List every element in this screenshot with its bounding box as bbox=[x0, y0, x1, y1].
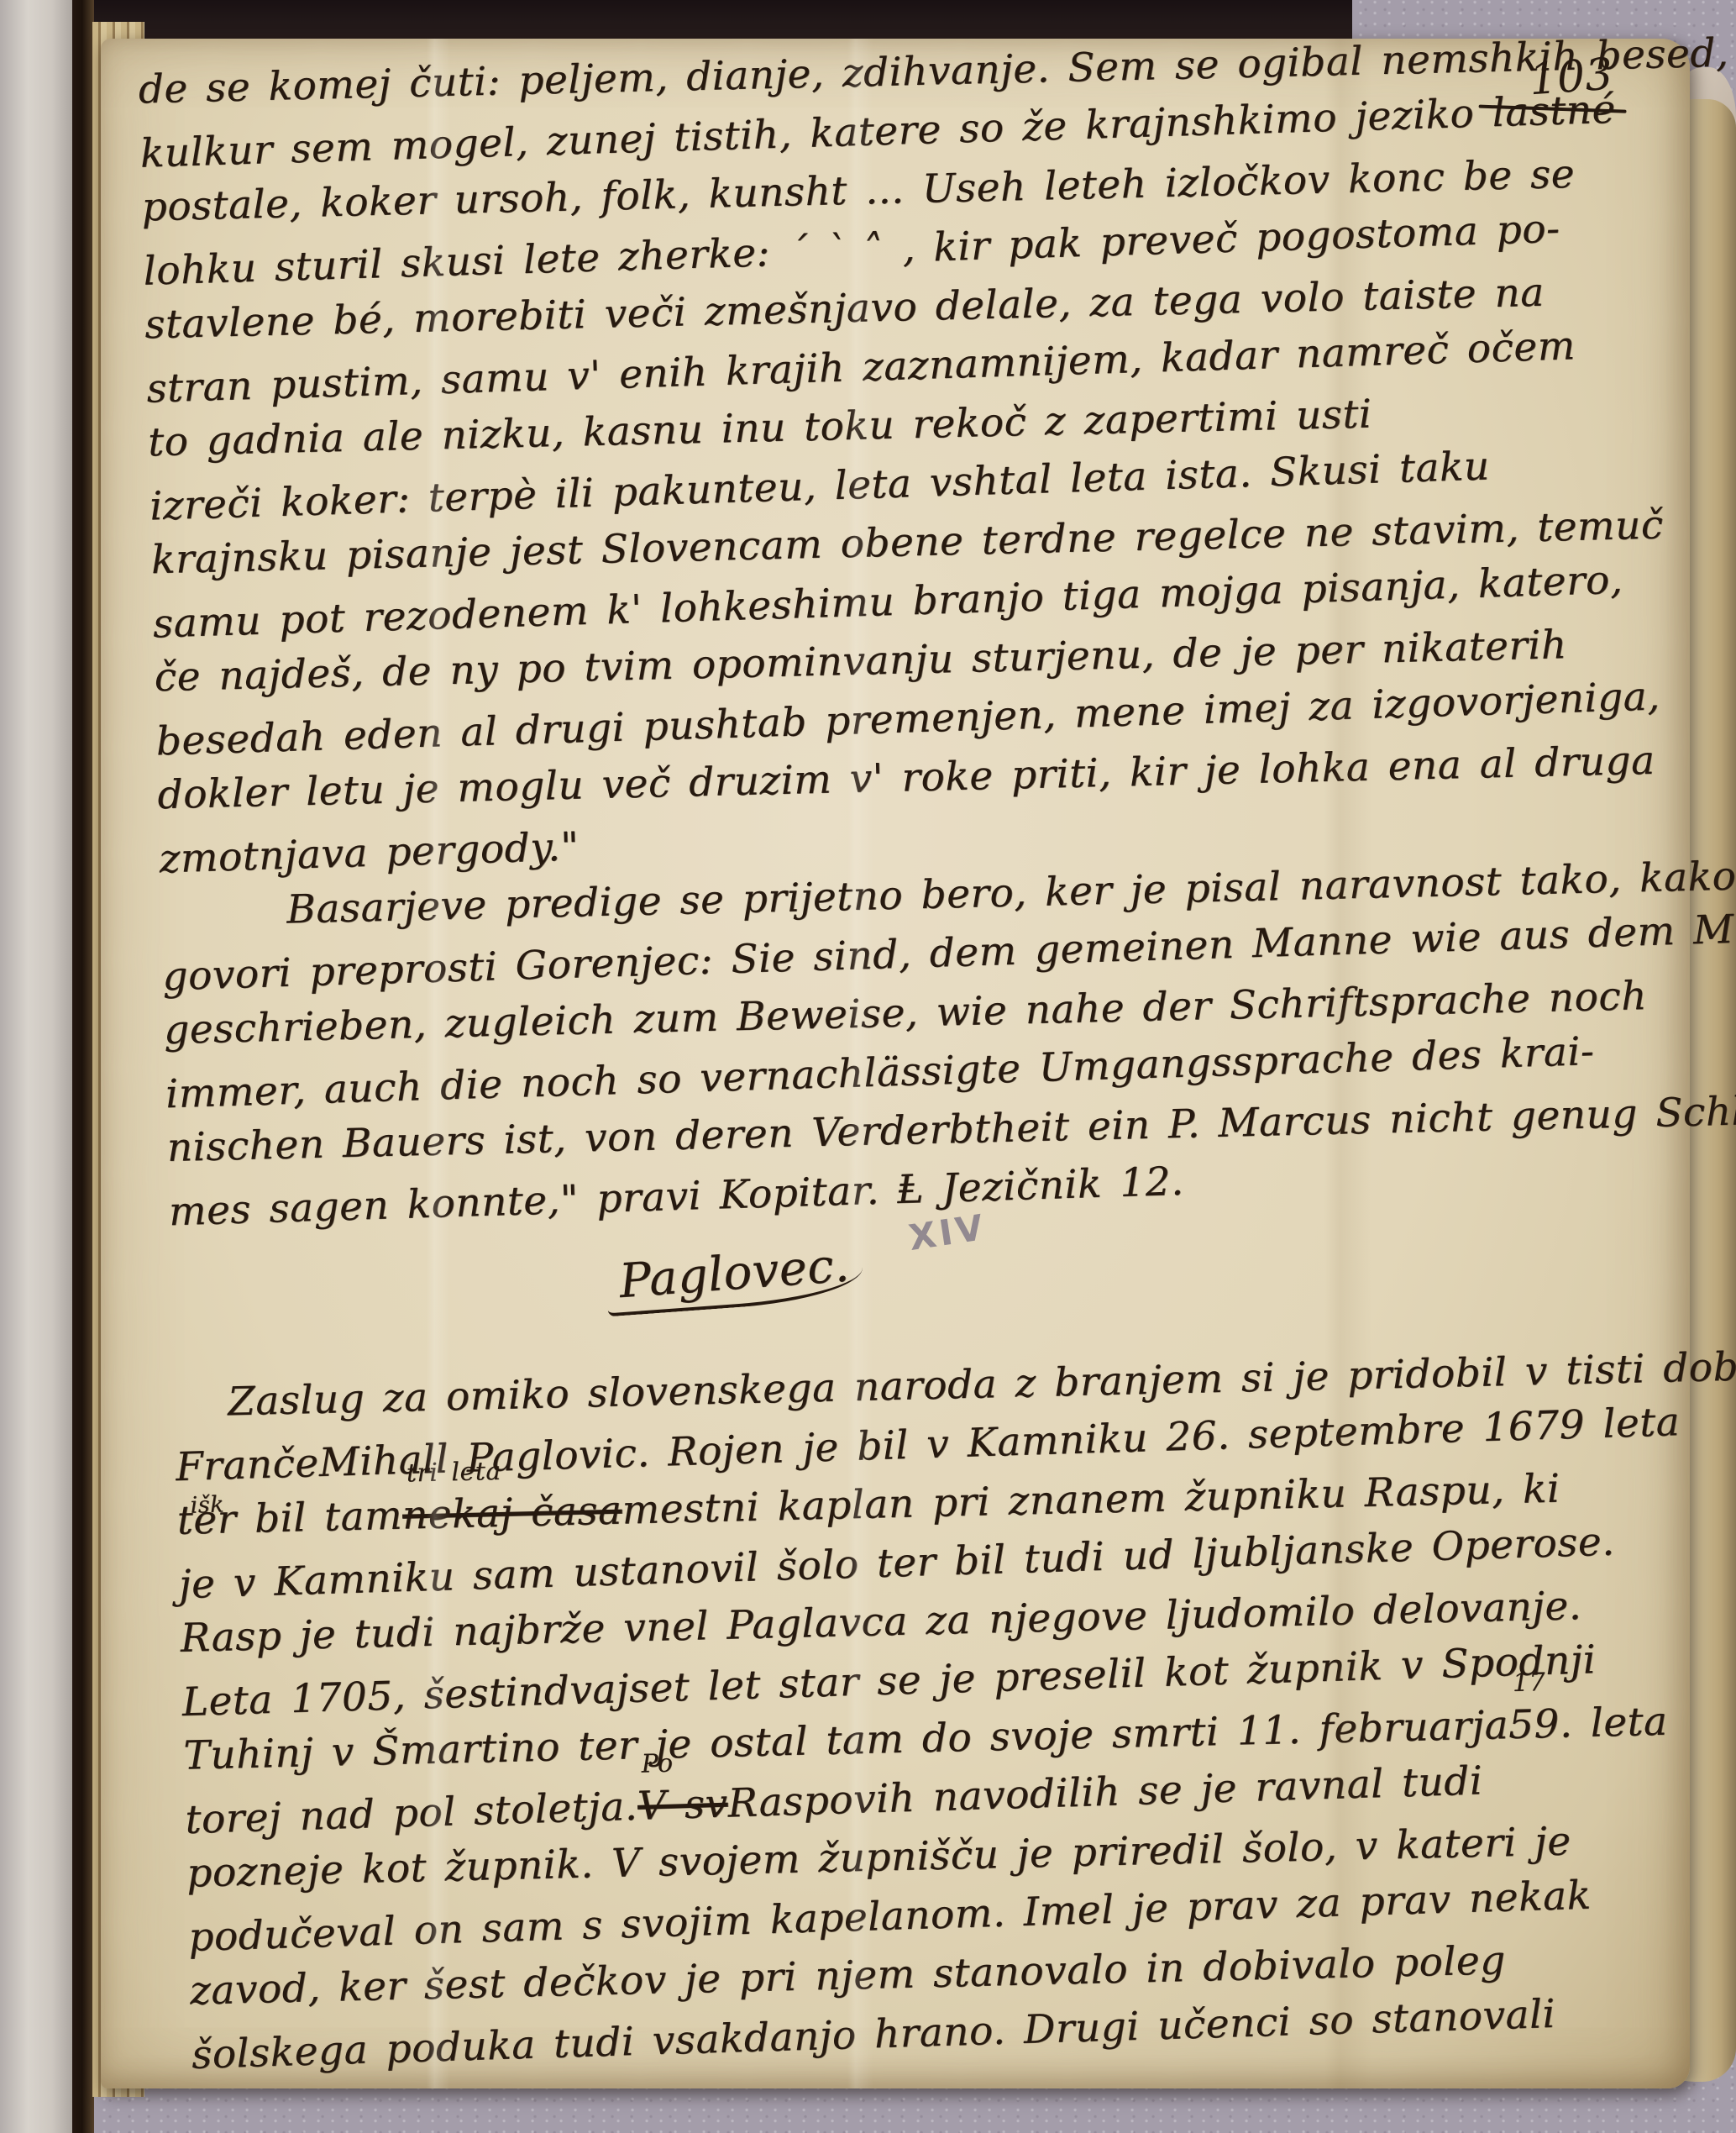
interlinear-insertion: 17 bbox=[1513, 1670, 1546, 1696]
section-heading: Paglovec. bbox=[606, 1242, 864, 1311]
manuscript-text: de se komej čuti: peljem, dianje, zdihva… bbox=[138, 23, 1716, 2083]
paragraphs-before-heading: de se komej čuti: peljem, dianje, zdihva… bbox=[138, 23, 1693, 1240]
section-heading-text: Paglovec. bbox=[604, 1237, 865, 1316]
interlinear-insertion: tri leta bbox=[406, 1459, 501, 1487]
paragraphs-after-heading: Zaslug za omiko slovenskega naroda z bra… bbox=[173, 1336, 1716, 2083]
book-spine-groove bbox=[72, 0, 94, 2133]
interlinear-insertion: Po bbox=[641, 1752, 674, 1778]
facing-page-edge bbox=[0, 0, 74, 2133]
manuscript-page: 103 de se komej čuti: peljem, dianje, zd… bbox=[101, 39, 1690, 2088]
